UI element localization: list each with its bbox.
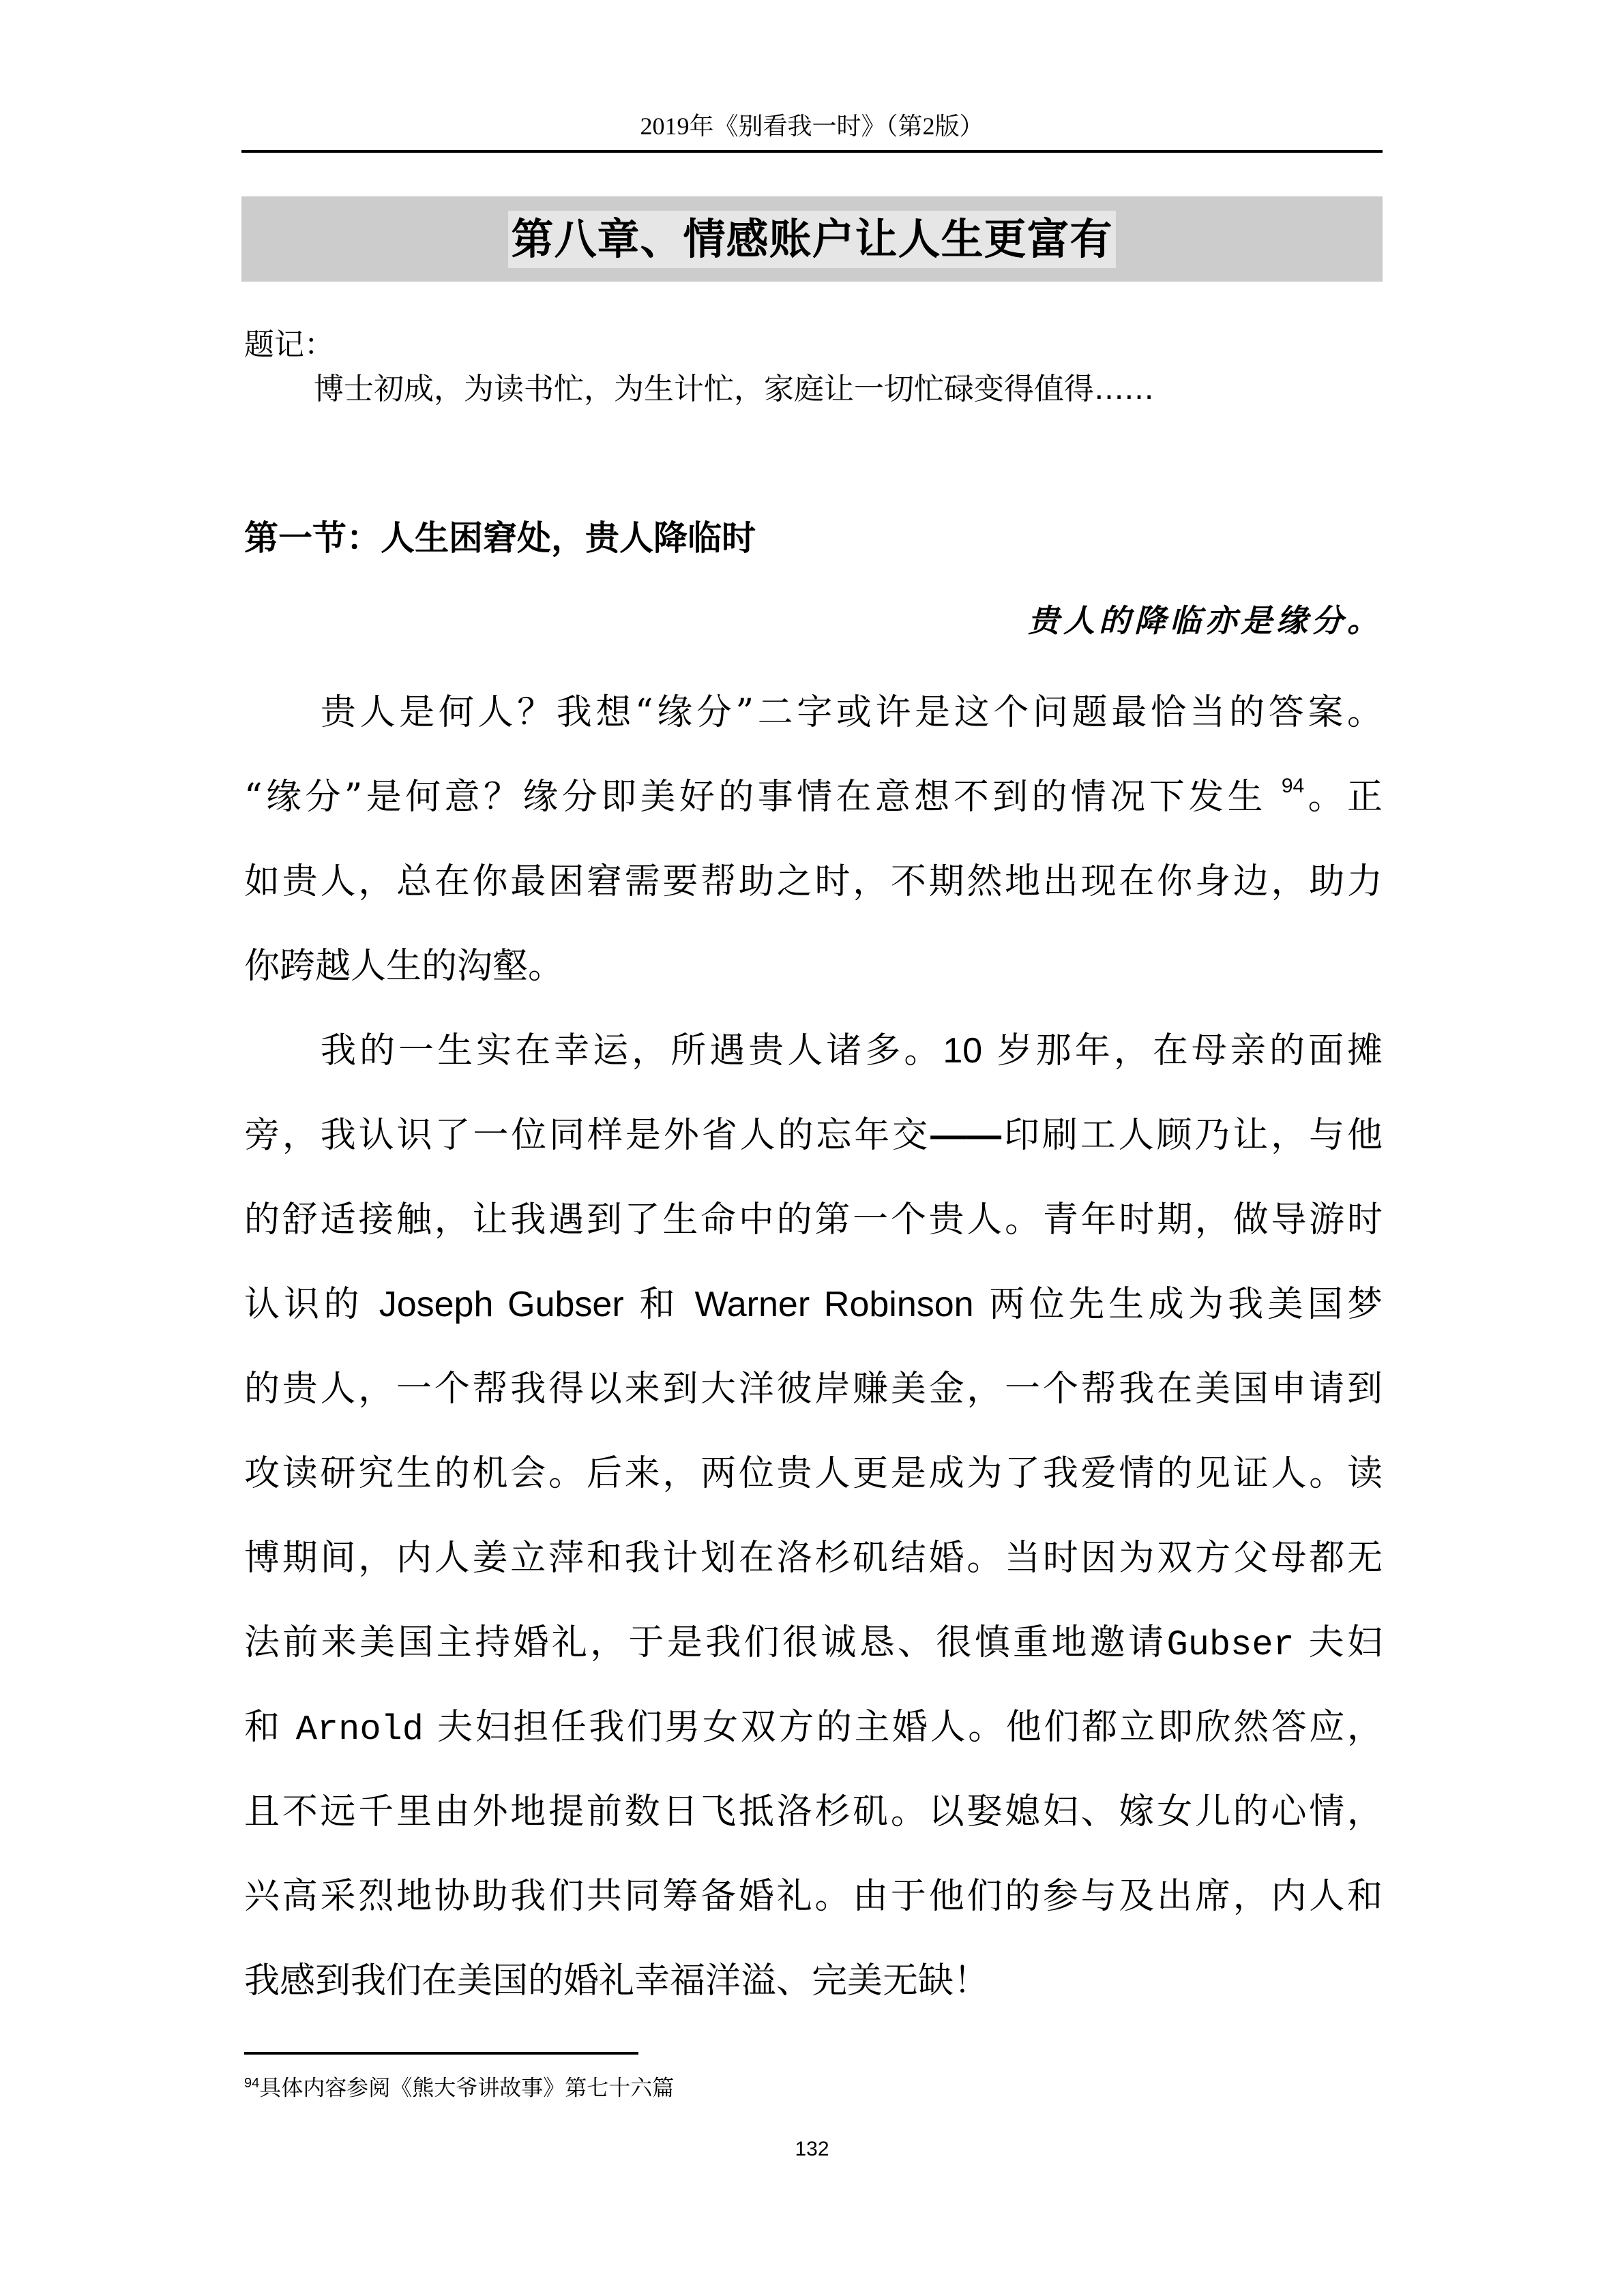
body-line: 的贵人，一个帮我得以来到大洋彼岸赚美金，一个帮我在美国申请到 xyxy=(244,1367,1383,1412)
body-line: 你跨越人生的沟壑。 xyxy=(244,944,1383,989)
line-text: 的舒适接触，让我遇到了生命中的第一个贵人。青年时期，做导游时 xyxy=(244,1199,1383,1240)
footnote: 94具体内容参阅《熊大爷讲故事》第七十六篇 xyxy=(244,2068,674,2103)
line-text: “缘分”是何意？缘分即美好的事情在意想不到的情况下发生 xyxy=(244,777,1267,818)
body-line: 法前来美国主持婚礼，于是我们很诚恳、很慎重地邀请Gubser 夫妇 xyxy=(244,1620,1383,1668)
chapter-title: 第八章、情感账户让人生更富有 xyxy=(508,211,1115,268)
line-text: 。正 xyxy=(1304,777,1383,818)
chapter-title-box: 第八章、情感账户让人生更富有 xyxy=(241,196,1383,282)
line-text: 夫妇 xyxy=(1295,1622,1383,1663)
section-title: 第一节：人生困窘处，贵人降临时 xyxy=(244,516,756,560)
body-line: 兴高采烈地协助我们共同筹备婚礼。由于他们的参与及出席，内人和 xyxy=(244,1874,1383,1919)
page-number: 132 xyxy=(0,2136,1624,2163)
line-text: 认识的 xyxy=(244,1284,364,1325)
body-line: 旁，我认识了一位同样是外省人的忘年交——印刷工人顾乃让，与他 xyxy=(244,1113,1383,1158)
body-line: 且不远千里由外地提前数日飞抵洛杉矶。以娶媳妇、嫁女儿的心情， xyxy=(244,1789,1383,1834)
footnote-text: 具体内容参阅《熊大爷讲故事》第七十六篇 xyxy=(259,2075,674,2101)
header-rule xyxy=(241,150,1383,153)
epigraph-label: 题记： xyxy=(244,326,334,364)
body-line: “缘分”是何意？缘分即美好的事情在意想不到的情况下发生 94。正 xyxy=(244,775,1383,820)
line-text: 如贵人，总在你最困窘需要帮助之时，不期然地出现在你身边，助力 xyxy=(244,861,1383,902)
body-line: 我感到我们在美国的婚礼幸福洋溢、完美无缺！ xyxy=(244,1958,1383,2003)
person-name: Gubser xyxy=(1167,1625,1295,1665)
line-text: 法前来美国主持婚礼，于是我们很诚恳、很慎重地邀请 xyxy=(244,1622,1167,1663)
line-text: 我的一生实在幸运，所遇贵人诸多。 xyxy=(321,1030,943,1071)
body-line: 我的一生实在幸运，所遇贵人诸多。10 岁那年，在母亲的面摊 xyxy=(244,1028,1383,1073)
body-line: 攻读研究生的机会。后来，两位贵人更是成为了我爱情的见证人。读 xyxy=(244,1451,1383,1496)
body-line: 和 Arnold 夫妇担任我们男女双方的主婚人。他们都立即欣然答应， xyxy=(244,1705,1383,1753)
em-dash: —— xyxy=(930,1116,1001,1155)
line-text: 我感到我们在美国的婚礼幸福洋溢、完美无缺！ xyxy=(244,1960,989,2001)
line-text: 兴高采烈地协助我们共同筹备婚礼。由于他们的参与及出席，内人和 xyxy=(244,1876,1383,1917)
person-name: Joseph Gubser xyxy=(379,1285,624,1324)
line-text: 且不远千里由外地提前数日飞抵洛杉矶。以娶媳妇、嫁女儿的心情， xyxy=(244,1791,1383,1832)
body-line: 的舒适接触，让我遇到了生命中的第一个贵人。青年时期，做导游时 xyxy=(244,1197,1383,1242)
line-text: 博期间，内人姜立萍和我计划在洛杉矶结婚。当时因为双方父母都无 xyxy=(244,1538,1383,1579)
footnote-reference[interactable]: 94 xyxy=(1282,775,1304,797)
epigraph-text: 博士初成，为读书忙，为生计忙，家庭让一切忙碌变得值得…… xyxy=(314,370,1154,408)
line-text: 旁，我认识了一位同样是外省人的忘年交 xyxy=(244,1115,930,1156)
line-text: 岁那年，在母亲的面摊 xyxy=(997,1030,1383,1071)
line-text: 贵人是何人？我想“缘分”二字或许是这个问题最恰当的答案。 xyxy=(321,692,1383,733)
person-name: Arnold xyxy=(296,1710,424,1750)
body-line: 博期间，内人姜立萍和我计划在洛杉矶结婚。当时因为双方父母都无 xyxy=(244,1536,1383,1581)
number-text: 10 xyxy=(943,1031,982,1071)
line-text: 攻读研究生的机会。后来，两位贵人更是成为了我爱情的见证人。读 xyxy=(244,1453,1383,1494)
line-text: 印刷工人顾乃让，与他 xyxy=(1001,1115,1383,1156)
section-motto: 贵人的降临亦是缘分。 xyxy=(1028,600,1383,641)
line-text: 的贵人，一个帮我得以来到大洋彼岸赚美金，一个帮我在美国申请到 xyxy=(244,1369,1383,1410)
line-text: 两位先生成为我美国梦 xyxy=(989,1284,1383,1325)
footnote-number: 94 xyxy=(244,2076,259,2091)
running-header: 2019年《别看我一时》（第2版） xyxy=(241,109,1383,143)
line-text: 夫妇担任我们男女双方的主婚人。他们都立即欣然答应， xyxy=(424,1707,1383,1748)
footnote-separator xyxy=(244,2052,638,2055)
body-line: 贵人是何人？我想“缘分”二字或许是这个问题最恰当的答案。 xyxy=(244,690,1383,735)
body-line: 如贵人，总在你最困窘需要帮助之时，不期然地出现在你身边，助力 xyxy=(244,859,1383,904)
line-text: 你跨越人生的沟壑。 xyxy=(244,946,563,987)
person-name: Warner Robinson xyxy=(695,1285,974,1324)
body-line: 认识的 Joseph Gubser 和 Warner Robinson 两位先生… xyxy=(244,1282,1383,1327)
line-text: 和 xyxy=(244,1707,282,1748)
line-text: 和 xyxy=(639,1284,679,1325)
document-page: 2019年《别看我一时》（第2版） 第八章、情感账户让人生更富有 题记： 博士初… xyxy=(0,0,1624,2296)
